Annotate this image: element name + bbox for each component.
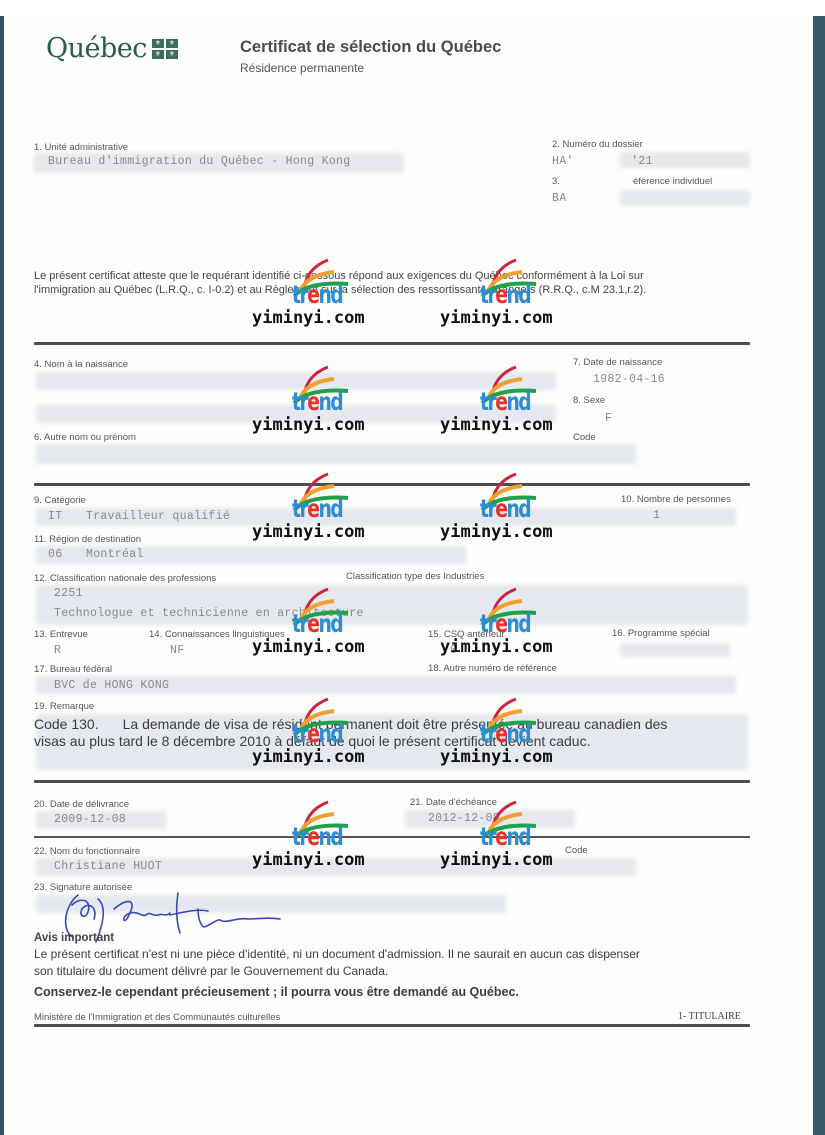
trend-swoosh-icon — [282, 472, 352, 512]
field-label-code-a: Code — [573, 432, 596, 443]
divider — [34, 780, 750, 783]
trend-swoosh-icon — [282, 800, 352, 840]
field-label-region: 11. Région de destination — [34, 534, 141, 545]
watermark-site: yiminyi.com — [440, 308, 553, 328]
watermark-site: yiminyi.com — [252, 637, 365, 657]
field-label-nombre-personnes: 10. Nombre de personnes — [621, 494, 731, 505]
logo-text: Québec — [46, 33, 147, 64]
attestation-line-2: l'immigration au Québec (L.R.Q., c. I-0.… — [34, 283, 764, 297]
divider — [34, 342, 750, 345]
document-subtitle: Résidence permanente — [240, 61, 364, 75]
field-label-entrevue: 13. Entrevue — [34, 629, 88, 640]
scan-right-edge — [813, 16, 825, 1135]
field-label-dossier: 2. Numéro du dossier — [552, 139, 643, 150]
field-label-bureau-federal: 17. Bureau fédéral — [34, 664, 112, 675]
field-label-unite: 1. Unité administrative — [34, 142, 128, 153]
field-value-linguistiques: NF — [170, 644, 184, 657]
divider — [34, 1024, 750, 1027]
field-value-categorie-code: IT — [48, 510, 62, 523]
attestation-line-1: Le présent certificat atteste que le req… — [34, 269, 764, 283]
field-label-autre-numero: 18. Autre numéro de référence — [428, 663, 557, 674]
field-value-entrevue: R — [54, 644, 61, 657]
field-label-autre-nom: 6. Autre nom ou prénom — [34, 432, 136, 443]
notice-text: Le présent certificat n'est ni une pièce… — [34, 946, 774, 980]
field-value-date-delivrance: 2009-12-08 — [54, 813, 126, 826]
field-label-remarque: 19. Remarque — [34, 701, 94, 712]
field-value-region-code: 06 — [48, 548, 62, 561]
quebec-logo: Québec ⚜⚜⚜⚜ — [46, 33, 178, 64]
notice-bold: Conservez-le cependant précieusement ; i… — [34, 985, 519, 999]
field-value-cnp-code: 2251 — [54, 587, 83, 600]
field-value-date-echeance: 2012-12-08 — [428, 812, 500, 825]
field-label-linguistiques: 14. Connaissances linguistiques — [149, 629, 285, 640]
field-value-remarque: Code 130.La demande de visa de résident … — [34, 716, 764, 750]
field-value-csq: 0 — [450, 644, 457, 657]
field-label-programme: 16. Programme spécial — [612, 628, 710, 639]
document-title: Certificat de sélection du Québec — [240, 38, 501, 57]
field-label-nom-naissance: 4. Nom à la naissance — [34, 359, 128, 370]
field-label-ref-num: 3. — [552, 176, 560, 187]
divider — [34, 836, 750, 838]
field-label-cti: Classification type des Industries — [346, 571, 484, 582]
fleur-de-lis-flag-icon: ⚜⚜⚜⚜ — [152, 39, 178, 59]
field-label-fonctionnaire: 22. Nom du fonctionnaire — [34, 846, 140, 857]
watermark-site: yiminyi.com — [252, 308, 365, 328]
field-value-region: Montréal — [86, 548, 144, 561]
field-value-date-naissance: 1982-04-16 — [593, 373, 665, 386]
field-label-categorie: 9. Catégorie — [34, 495, 86, 506]
field-label-csq: 15. CSQ antérieur — [428, 629, 505, 640]
notice-line-2: son titulaire du document délivré par le… — [34, 963, 774, 980]
notice-title: Avis important — [34, 932, 114, 944]
field-value-ref: BA — [552, 192, 566, 205]
field-label-sexe: 8. Sexe — [573, 395, 605, 406]
field-label-code-b: Code — [565, 845, 588, 856]
field-value-categorie: Travailleur qualifié — [86, 510, 230, 523]
field-value-sexe: F — [605, 412, 612, 425]
remarque-code: Code 130. — [34, 716, 99, 732]
remarque-line-2: visas au plus tard le 8 décembre 2010 à … — [34, 733, 764, 750]
attestation-text: Le présent certificat atteste que le req… — [34, 269, 764, 297]
field-value-dossier: HA' '21 — [552, 155, 653, 168]
scan-left-edge — [0, 16, 4, 1135]
divider — [34, 483, 750, 486]
trend-swoosh-icon — [470, 472, 540, 512]
field-value-unite: Bureau d'immigration du Québec - Hong Ko… — [48, 155, 350, 168]
field-label-date-delivrance: 20. Date de délivrance — [34, 799, 129, 810]
field-value-nombre-personnes: 1 — [653, 509, 660, 522]
scan-top-margin — [0, 0, 825, 16]
field-value-cnp: Technologue et technicienne en architect… — [54, 607, 364, 620]
field-value-fonctionnaire: Christiane HUOT — [54, 860, 162, 873]
field-value-bureau-federal: BVC de HONG KONG — [54, 679, 169, 692]
footer-ministry: Ministère de l'Immigration et des Commun… — [34, 1012, 280, 1023]
notice-line-1: Le présent certificat n'est ni une pièce… — [34, 946, 774, 963]
remarque-line-1: La demande de visa de résident permanent… — [123, 716, 668, 732]
field-label-cnp: 12. Classification nationale des profess… — [34, 573, 216, 584]
field-label-date-naissance: 7. Date de naissance — [573, 357, 662, 368]
footer-copy: 1- TITULAIRE — [678, 1011, 741, 1022]
field-label-date-echeance: 21. Date d'échéance — [410, 797, 497, 808]
field-label-ref: éférence individuel — [633, 176, 712, 187]
